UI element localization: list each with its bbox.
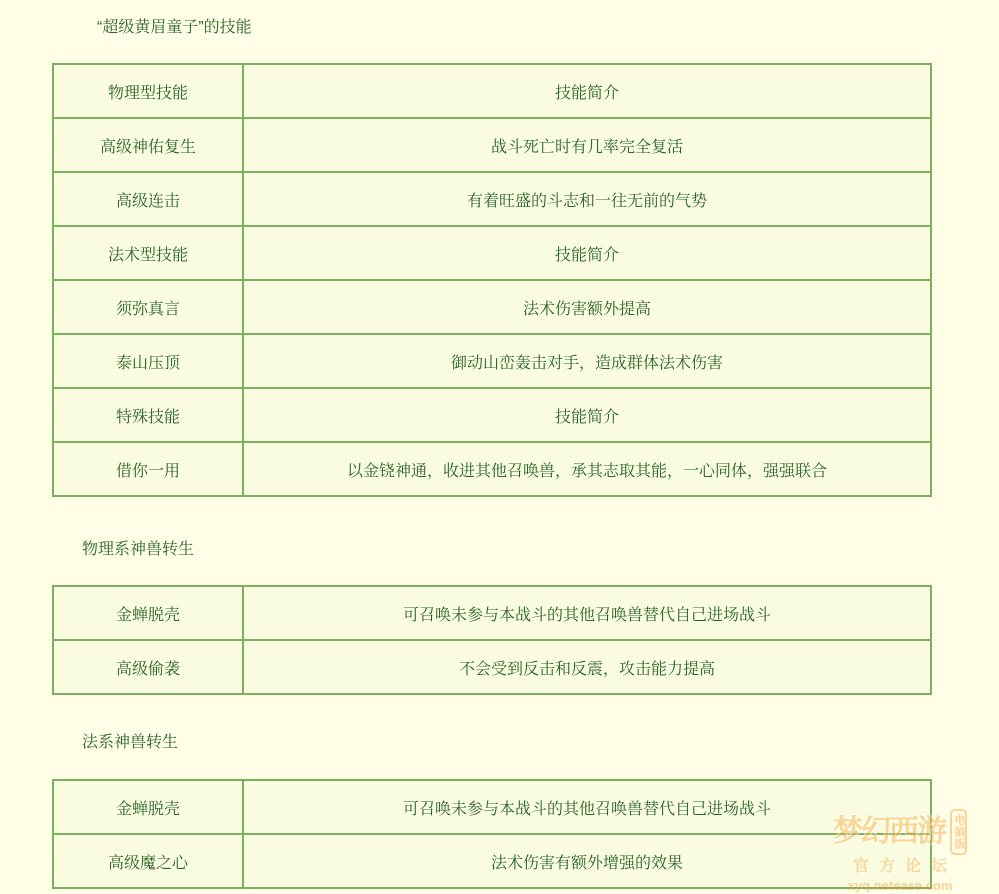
table-row: 高级神佑复生 战斗死亡时有几率完全复活 xyxy=(53,118,931,172)
skill-desc-cell: 法术伤害额外提高 xyxy=(243,280,931,334)
section-heading-magic-rebirth: 法系神兽转生 xyxy=(82,734,999,752)
table-row: 泰山压顶 御动山峦轰击对手，造成群体法术伤害 xyxy=(53,334,931,388)
skill-desc-cell: 战斗死亡时有几率完全复活 xyxy=(243,118,931,172)
skill-desc-cell: 有着旺盛的斗志和一往无前的气势 xyxy=(243,172,931,226)
page-title: “超级黄眉童子”的技能 xyxy=(97,19,999,37)
table-row: 物理型技能 技能简介 xyxy=(53,64,931,118)
table-row: 法术型技能 技能简介 xyxy=(53,226,931,280)
skill-name-cell: 金蝉脱壳 xyxy=(53,586,243,640)
skill-name-cell: 高级神佑复生 xyxy=(53,118,243,172)
table-row: 高级连击 有着旺盛的斗志和一往无前的气势 xyxy=(53,172,931,226)
table-row: 高级魔之心 法术伤害有额外增强的效果 xyxy=(53,834,931,888)
skill-desc-cell: 法术伤害有额外增强的效果 xyxy=(243,834,931,888)
skill-name-cell: 高级魔之心 xyxy=(53,834,243,888)
skill-desc-cell: 御动山峦轰击对手，造成群体法术伤害 xyxy=(243,334,931,388)
table-row: 借你一用 以金铙神通，收进其他召唤兽，承其志取其能，一心同体，强强联合 xyxy=(53,442,931,496)
skill-name-cell: 高级连击 xyxy=(53,172,243,226)
skills-table-physical-rebirth: 金蝉脱壳 可召唤未参与本战斗的其他召唤兽替代自己进场战斗 高级偷袭 不会受到反击… xyxy=(52,585,932,695)
table-row: 特殊技能 技能简介 xyxy=(53,388,931,442)
skill-name-cell: 借你一用 xyxy=(53,442,243,496)
skill-name-cell: 物理型技能 xyxy=(53,64,243,118)
section-heading-physical-rebirth: 物理系神兽转生 xyxy=(82,541,999,559)
skill-desc-cell: 可召唤未参与本战斗的其他召唤兽替代自己进场战斗 xyxy=(243,586,931,640)
skill-desc-cell: 可召唤未参与本战斗的其他召唤兽替代自己进场战斗 xyxy=(243,780,931,834)
skill-name-cell: 高级偷袭 xyxy=(53,640,243,694)
pc-version-badge: 电脑版 xyxy=(950,809,967,855)
skill-name-cell: 法术型技能 xyxy=(53,226,243,280)
skills-table-magic-rebirth: 金蝉脱壳 可召唤未参与本战斗的其他召唤兽替代自己进场战斗 高级魔之心 法术伤害有… xyxy=(52,779,932,889)
table-row: 金蝉脱壳 可召唤未参与本战斗的其他召唤兽替代自己进场战斗 xyxy=(53,780,931,834)
table-row: 须弥真言 法术伤害额外提高 xyxy=(53,280,931,334)
skill-name-cell: 金蝉脱壳 xyxy=(53,780,243,834)
skill-desc-cell: 技能简介 xyxy=(243,226,931,280)
skill-desc-cell: 不会受到反击和反震，攻击能力提高 xyxy=(243,640,931,694)
skill-desc-cell: 技能简介 xyxy=(243,388,931,442)
skill-name-cell: 特殊技能 xyxy=(53,388,243,442)
skills-table-main: 物理型技能 技能简介 高级神佑复生 战斗死亡时有几率完全复活 高级连击 有着旺盛… xyxy=(52,63,932,497)
skill-desc-cell: 技能简介 xyxy=(243,64,931,118)
skill-name-cell: 泰山压顶 xyxy=(53,334,243,388)
table-row: 高级偷袭 不会受到反击和反震，攻击能力提高 xyxy=(53,640,931,694)
table-row: 金蝉脱壳 可召唤未参与本战斗的其他召唤兽替代自己进场战斗 xyxy=(53,586,931,640)
skill-desc-cell: 以金铙神通，收进其他召唤兽，承其志取其能，一心同体，强强联合 xyxy=(243,442,931,496)
skill-name-cell: 须弥真言 xyxy=(53,280,243,334)
